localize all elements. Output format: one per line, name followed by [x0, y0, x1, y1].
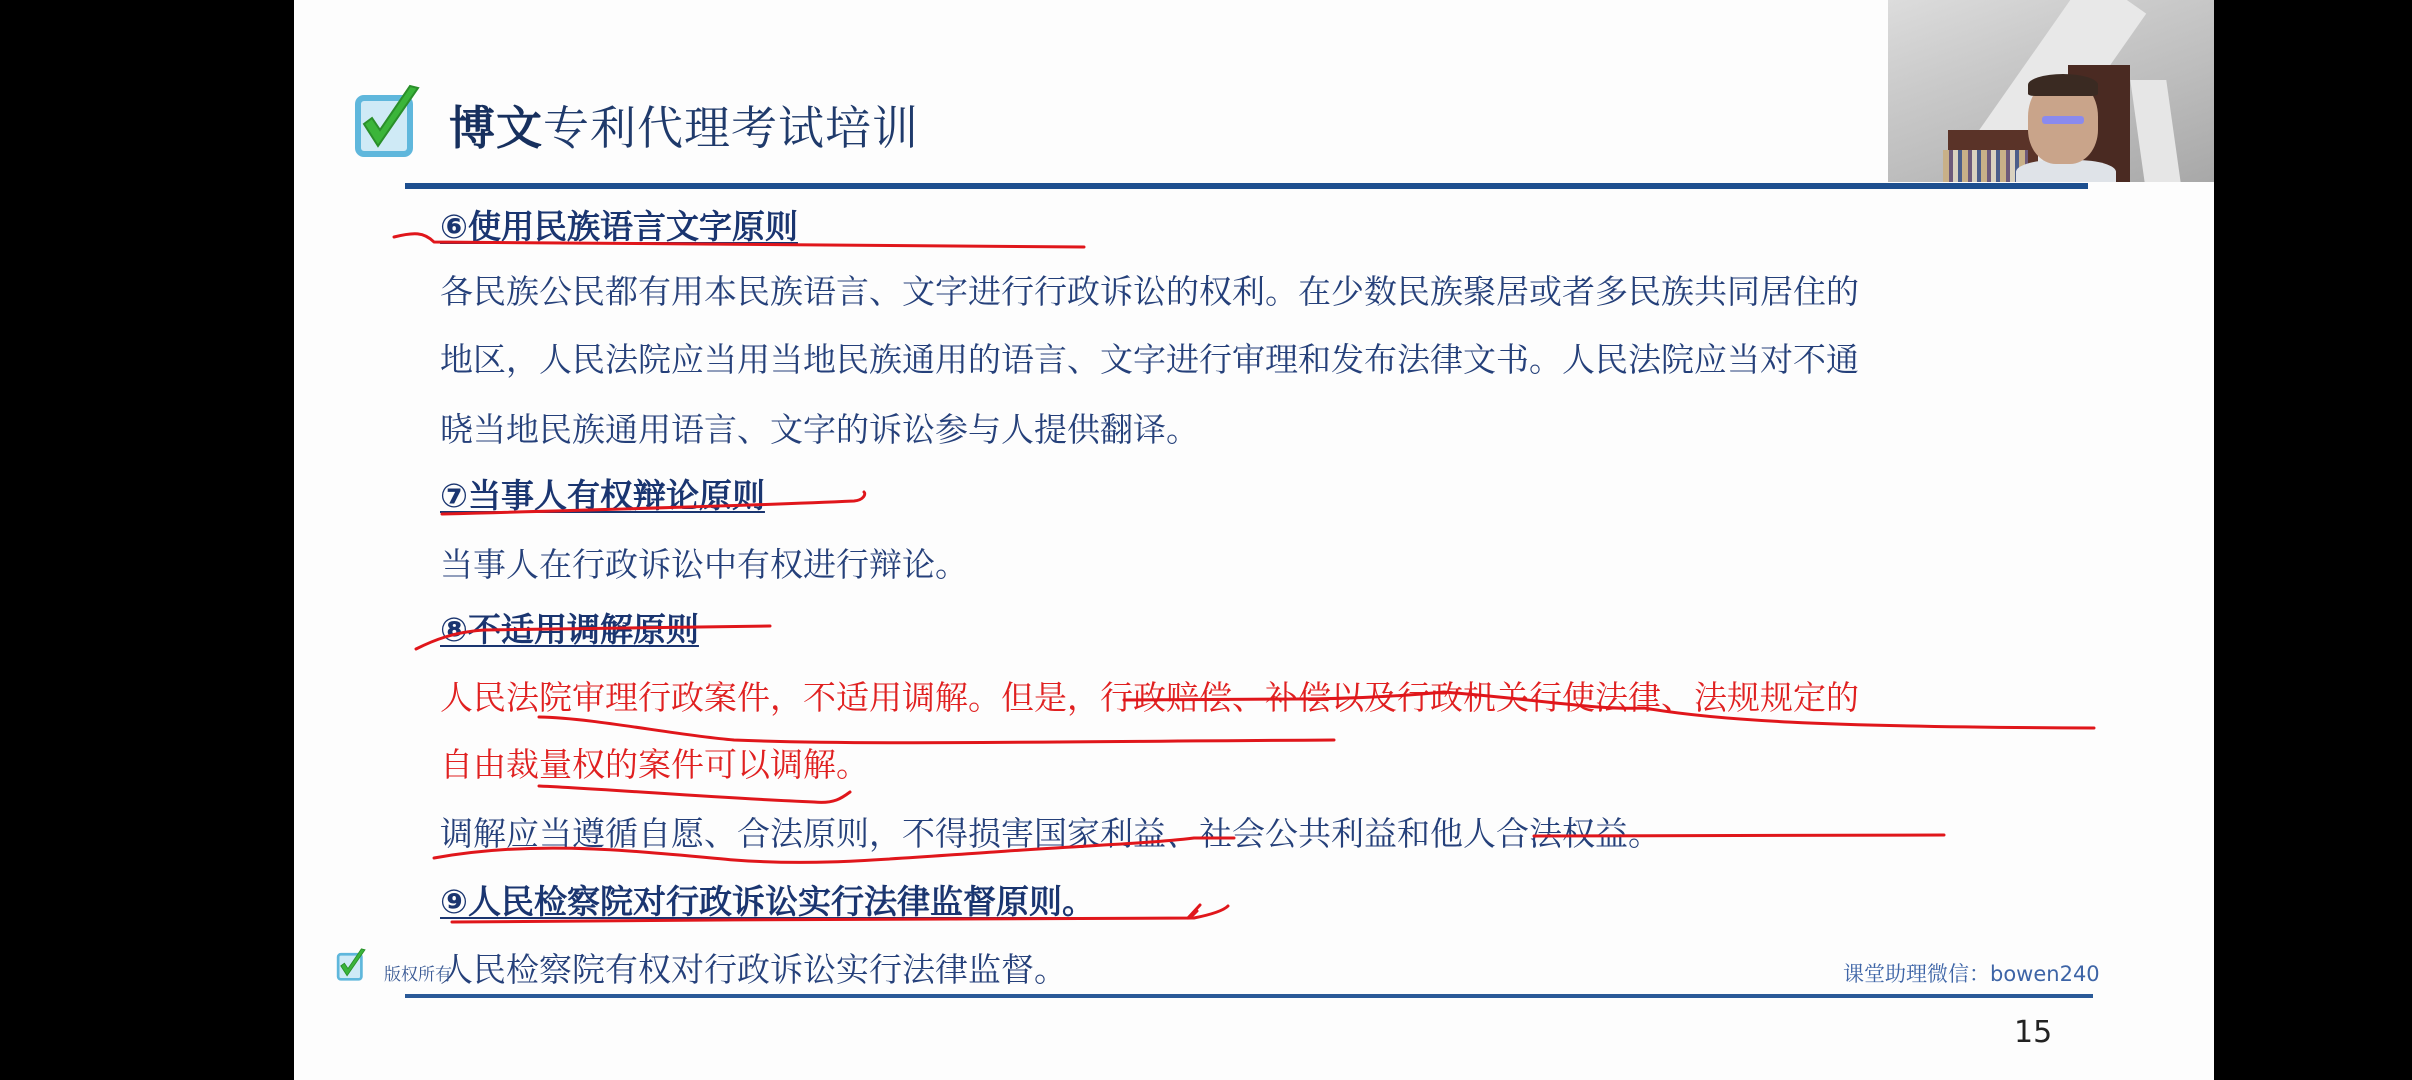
- pen-cursor-icon: [1188, 905, 1200, 918]
- underline-red-line-1: [539, 717, 1334, 743]
- footer-checkmark-icon: [336, 948, 368, 982]
- section-8-red-line-1: 人民法院审理行政案件，不适用调解。但是，行政赔偿、补偿以及行政机关行使法律、法规…: [440, 678, 1859, 718]
- section-7-body-line-1: 当事人在行政诉讼中有权进行辩论。: [440, 545, 968, 585]
- section-heading-7: ⑦当事人有权辩论原则: [440, 476, 765, 516]
- section-8-body-line-1: 调解应当遵循自愿、合法原则，不得损害国家利益、社会公共利益和他人合法权益。: [440, 814, 1661, 854]
- checkmark-logo-icon: [354, 84, 424, 160]
- section-6-body-line-1: 各民族公民都有用本民族语言、文字进行行政诉讼的权利。在少数民族聚居或者多民族共同…: [440, 272, 1859, 312]
- section-8-red-line-2: 自由裁量权的案件可以调解。: [440, 745, 869, 785]
- page-number: 15: [2014, 1015, 2052, 1050]
- assistant-wechat-label: 课堂助理微信：bowen240: [1843, 958, 2100, 988]
- section-heading-8: ⑧不适用调解原则: [440, 610, 699, 650]
- footer-divider: [405, 994, 2093, 998]
- presenter-glasses: [2042, 116, 2084, 124]
- brand-title: 博文专利代理考试培训: [449, 92, 919, 158]
- underline-red-line-2: [539, 786, 850, 802]
- header-divider: [405, 183, 2088, 189]
- brand-title-rest: 专利代理考试培训: [543, 101, 919, 155]
- webcam-pillar: [2130, 80, 2181, 182]
- copyright-label: 版权所有: [384, 960, 452, 985]
- section-6-body-line-2: 地区，人民法院应当用当地民族通用的语言、文字进行审理和发布法律文书。人民法院应当…: [440, 340, 1859, 380]
- presenter-hair: [2028, 74, 2098, 96]
- presenter-webcam-feed: [1888, 0, 2214, 182]
- section-6-body-line-3: 晓当地民族通用语言、文字的诉讼参与人提供翻译。: [440, 410, 1199, 450]
- section-heading-9: ⑨人民检察院对行政诉讼实行法律监督原则。: [440, 882, 1095, 922]
- section-9-body-line-1: 人民检察院有权对行政诉讼实行法律监督。: [440, 950, 1067, 990]
- brand-title-bold: 博文: [449, 101, 543, 155]
- section-heading-6: ⑥使用民族语言文字原则: [440, 207, 798, 247]
